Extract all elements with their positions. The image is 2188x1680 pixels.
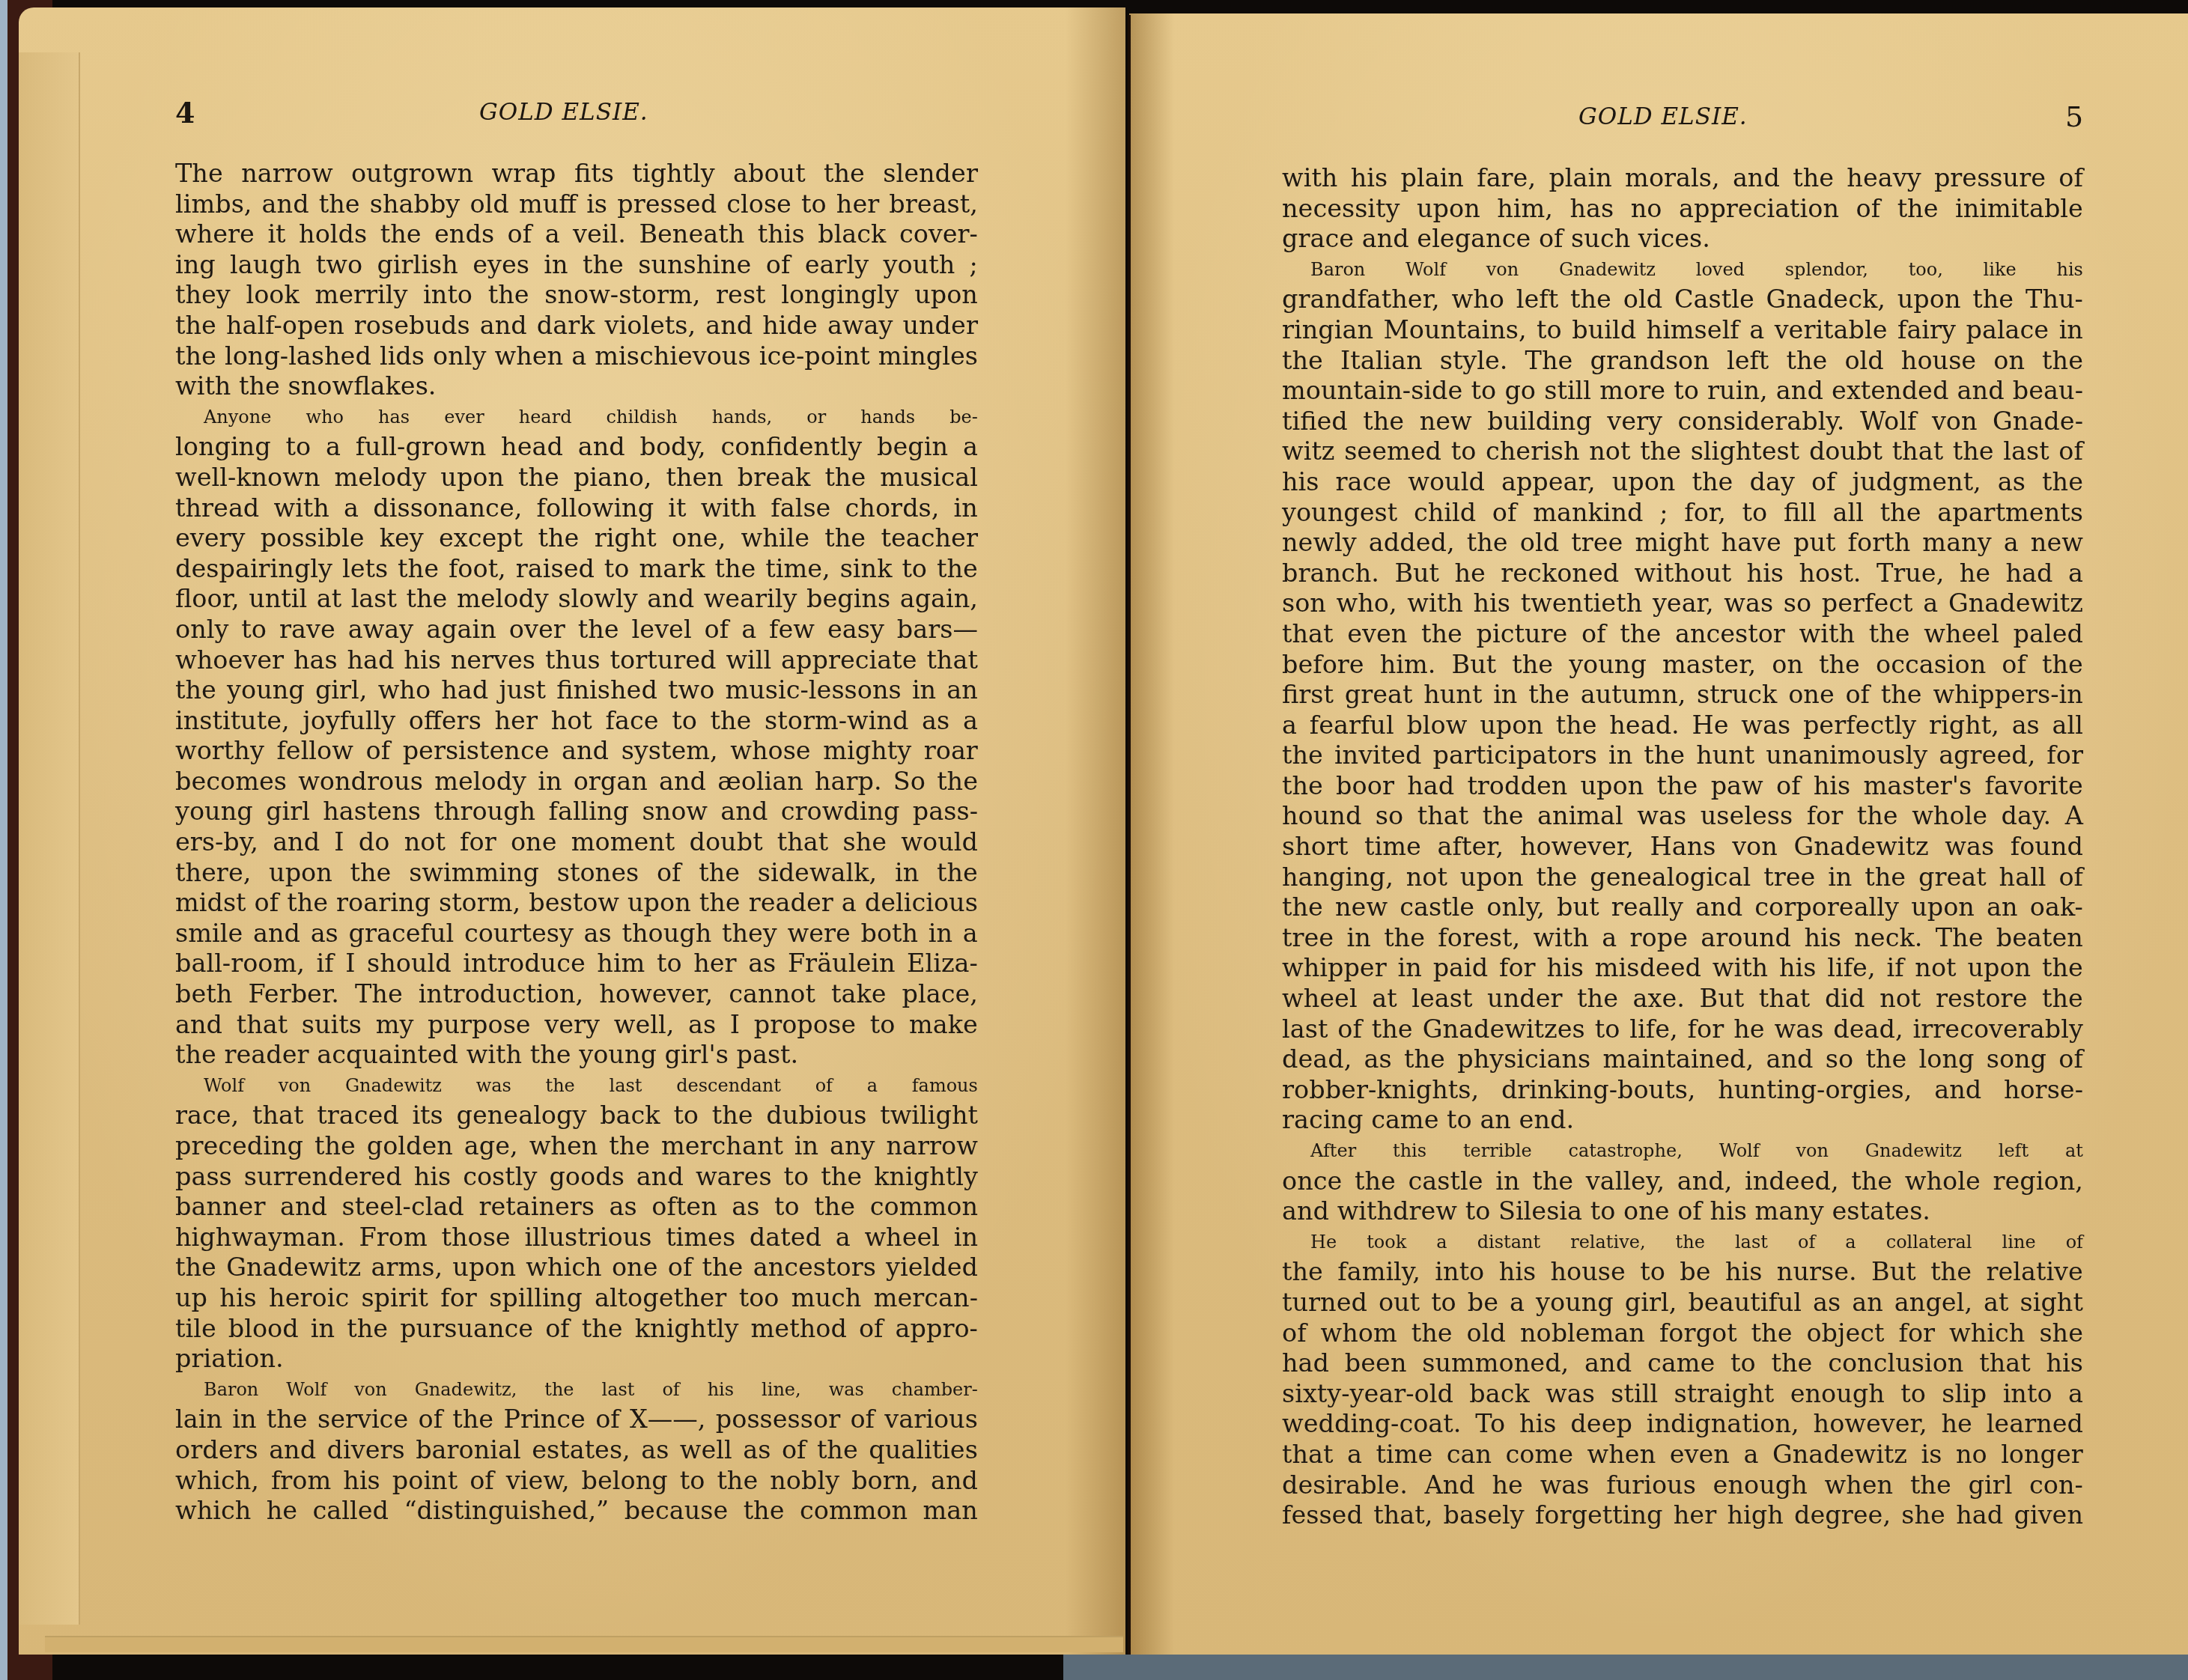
text-line: lainintheserviceofthePrinceofX——,possess… bbox=[175, 1404, 978, 1435]
text-line: thenewcastleonly,butreallyandcorporeally… bbox=[1282, 892, 2083, 923]
text-line: Anyonewhohaseverheardchildishhands,orhan… bbox=[175, 402, 978, 433]
text-line: theGnadewitzarms,uponwhichoneoftheancest… bbox=[175, 1253, 978, 1283]
text-line: midstoftheroaringstorm,bestowupontheread… bbox=[175, 888, 978, 919]
text-line: theboorhadtroddenuponthepawofhismaster's… bbox=[1282, 771, 2083, 802]
running-head-left: GOLD ELSIE. bbox=[479, 99, 648, 126]
text-line: limbs,andtheshabbyoldmuffispressedcloset… bbox=[175, 189, 978, 220]
text-line: treeintheforest,witharopearoundhisneck.T… bbox=[1282, 923, 2083, 954]
text-line: thateventhepictureoftheancestorwiththewh… bbox=[1282, 619, 2083, 650]
text-line: ers-by,andIdonotforonemomentdoubtthatshe… bbox=[175, 827, 978, 858]
text-line: there,upontheswimmingstonesofthesidewalk… bbox=[175, 858, 978, 889]
text-line: BaronWolfvonGnadewitz,thelastofhisline,w… bbox=[175, 1375, 978, 1405]
text-line: uphisheroicspiritforspillingaltogetherto… bbox=[175, 1283, 978, 1314]
text-line: passsurrenderedhiscostlygoodsandwarestot… bbox=[175, 1162, 978, 1193]
text-line: longingtoafull-grownheadandbody,confiden… bbox=[175, 432, 978, 463]
text-line: turnedouttobeayounggirl,beautifulasanang… bbox=[1282, 1288, 2083, 1318]
text-line: dead,asthephysiciansmaintained,andsothel… bbox=[1282, 1044, 2083, 1075]
text-line: andthatsuitsmypurposeverywell,asIpropose… bbox=[175, 1010, 978, 1041]
text-line: younggirlhastensthroughfallingsnowandcro… bbox=[175, 797, 978, 827]
text-line: necessityuponhim,hasnoappreciationofthei… bbox=[1282, 194, 2083, 225]
text-line: grandfather,wholefttheoldCastleGnadeck,u… bbox=[1282, 284, 2083, 315]
text-line: well-knownmelodyuponthepiano,thenbreakth… bbox=[175, 463, 978, 493]
text-line: hadbeensummoned,andcametotheconclusionth… bbox=[1282, 1348, 2083, 1379]
text-line: threadwithadissonance,followingitwithfal… bbox=[175, 493, 978, 524]
text-line: Hetookadistantrelative,thelastofacollate… bbox=[1282, 1227, 2083, 1258]
text-line: oncethecastleinthevalley,and,indeed,thew… bbox=[1282, 1166, 2083, 1197]
text-line: wheelatleastundertheaxe.Butthatdidnotres… bbox=[1282, 984, 2083, 1014]
text-line: bannerandsteel-cladretainersasoftenastot… bbox=[175, 1192, 978, 1223]
text-line: sixty-year-oldbackwasstillstraightenough… bbox=[1282, 1379, 2083, 1410]
text-line: the reader acquainted with the young gir… bbox=[175, 1040, 978, 1071]
text-line: beforehim.Buttheyoungmaster,ontheoccasio… bbox=[1282, 650, 2083, 681]
text-line: Afterthisterriblecatastrophe,WolfvonGnad… bbox=[1282, 1136, 2083, 1166]
text-line: newlyadded,theoldtreemighthaveputforthma… bbox=[1282, 528, 2083, 559]
text-line: whichhecalled“distinguished,”becausethec… bbox=[175, 1496, 978, 1527]
text-line: ball-room,ifIshouldintroducehimtoherasFr… bbox=[175, 949, 978, 979]
text-line: hanging,notuponthegenealogicaltreeintheg… bbox=[1282, 862, 2083, 893]
page-number-left: 4 bbox=[175, 96, 195, 130]
text-line: and withdrew to Silesia to one of his ma… bbox=[1282, 1196, 2083, 1227]
text-line: which,fromhispointofview,belongtothenobl… bbox=[175, 1466, 978, 1497]
text-line: theyounggirl,whohadjustfinishedtwomusic-… bbox=[175, 675, 978, 706]
text-line: becomeswondrousmelodyinorganandæolianhar… bbox=[175, 767, 978, 797]
text-line: theylookmerrilyintothesnow-storm,restlon… bbox=[175, 280, 978, 311]
text-line: BaronWolfvonGnadewitzlovedsplendor,too,l… bbox=[1282, 255, 2083, 285]
text-line: desirable.Andhewasfuriousenoughwhenthegi… bbox=[1282, 1470, 2083, 1501]
text-line: thatatimecancomewhenevenaGnadewitzisnolo… bbox=[1282, 1440, 2083, 1470]
running-title: GOLD ELSIE. bbox=[479, 99, 648, 126]
text-line: floor,untilatlastthemelodyslowlyandweari… bbox=[175, 584, 978, 615]
gutter-shadow bbox=[1129, 13, 1174, 1655]
gutter-shadow bbox=[1066, 7, 1125, 1655]
text-line: despairinglyletsthefoot,raisedtomarkthet… bbox=[175, 554, 978, 585]
text-line: inglaughtwogirlisheyesinthesunshineofear… bbox=[175, 250, 978, 281]
text-line: precedingthegoldenage,whenthemerchantina… bbox=[175, 1131, 978, 1162]
text-line: highwayman.Fromthoseillustrioustimesdate… bbox=[175, 1223, 978, 1253]
page-number-right: 5 bbox=[2065, 100, 2083, 133]
text-line: ofwhomtheoldnoblemanforgottheobjectforwh… bbox=[1282, 1318, 2083, 1349]
text-line: withhisplainfare,plainmorals,andtheheavy… bbox=[1282, 163, 2083, 194]
text-line: institute,joyfullyoffersherhotfacetothes… bbox=[175, 706, 978, 737]
text-line: worthyfellowofpersistenceandsystem,whose… bbox=[175, 736, 978, 767]
text-line: WolfvonGnadewitzwasthelastdescendantofaf… bbox=[175, 1071, 978, 1101]
text-line: grace and elegance of such vices. bbox=[1282, 224, 2083, 255]
text-line: thelong-lashedlidsonlywhenamischievousic… bbox=[175, 341, 978, 372]
text-line: shorttimeafter,however,HansvonGnadewitzw… bbox=[1282, 832, 2083, 862]
text-line: wedding-coat.Tohisdeepindignation,howeve… bbox=[1282, 1409, 2083, 1440]
text-line: hisracewouldappear,uponthedayofjudgment,… bbox=[1282, 467, 2083, 498]
text-line: sonwho,withhistwentiethyear,wassoperfect… bbox=[1282, 588, 2083, 619]
scan-backdrop-bottom bbox=[1063, 1655, 2188, 1680]
text-line: robber-knights,drinking-bouts,hunting-or… bbox=[1282, 1075, 2083, 1106]
running-head-right: GOLD ELSIE. bbox=[1578, 103, 1748, 130]
text-line: bethFerber.Theintroduction,however,canno… bbox=[175, 979, 978, 1010]
text-line: firstgreathuntintheautumn,struckoneofthe… bbox=[1282, 680, 2083, 710]
text-line: houndsothattheanimalwasuselessforthewhol… bbox=[1282, 801, 2083, 832]
text-line: with the snowflakes. bbox=[175, 371, 978, 402]
page-stack-edge bbox=[45, 1636, 1123, 1652]
left-page-body: Thenarrowoutgrownwrapfitstightlyaboutthe… bbox=[175, 159, 978, 1527]
text-line: priation. bbox=[175, 1344, 978, 1375]
text-line: ringianMountains,tobuildhimselfaveritabl… bbox=[1282, 315, 2083, 346]
text-line: youngestchildofmankind;for,tofillallthea… bbox=[1282, 498, 2083, 529]
text-line: afearfulblowuponthehead.Hewasperfectlyri… bbox=[1282, 710, 2083, 741]
text-line: thehalf-openrosebudsanddarkviolets,andhi… bbox=[175, 311, 978, 341]
text-line: everypossiblekeyexcepttherightone,whilet… bbox=[175, 523, 978, 554]
text-line: ordersanddiversbaronialestates,aswellaso… bbox=[175, 1435, 978, 1466]
text-line: Thenarrowoutgrownwrapfitstightlyaboutthe… bbox=[175, 159, 978, 189]
text-line: whoeverhashadhisnervesthustorturedwillap… bbox=[175, 645, 978, 676]
text-line: mountain-sidetogostillmoretoruin,andexte… bbox=[1282, 376, 2083, 407]
text-line: thefamily,intohishousetobehisnurse.Butth… bbox=[1282, 1257, 2083, 1288]
running-title: GOLD ELSIE. bbox=[1578, 103, 1748, 130]
text-line: racing came to an end. bbox=[1282, 1105, 2083, 1136]
right-page-body: withhisplainfare,plainmorals,andtheheavy… bbox=[1282, 163, 2083, 1531]
text-line: lastoftheGnadewitzestolife,forhewasdead,… bbox=[1282, 1014, 2083, 1045]
text-line: witzseemedtocherishnottheslightestdoubtt… bbox=[1282, 436, 2083, 467]
text-line: onlytoraveawayagainoverthelevelofafeweas… bbox=[175, 615, 978, 645]
text-line: smileandasgracefulcourtesyasthoughtheywe… bbox=[175, 919, 978, 949]
text-line: whereitholdstheendsofaveil.Beneaththisbl… bbox=[175, 219, 978, 250]
text-line: theinvitedparticipatorsinthehuntunanimou… bbox=[1282, 740, 2083, 771]
text-line: theItalianstyle.Thegrandsonlefttheoldhou… bbox=[1282, 346, 2083, 377]
text-line: tilebloodinthepursuanceoftheknightlymeth… bbox=[175, 1314, 978, 1345]
text-line: tifiedthenewbuildingveryconsiderably.Wol… bbox=[1282, 407, 2083, 437]
text-line: race,thattraceditsgenealogybacktothedubi… bbox=[175, 1101, 978, 1131]
text-line: whipperinpaidforhismisdeedwithhislife,if… bbox=[1282, 953, 2083, 984]
text-line: fessedthat,baselyforgettingherhighdegree… bbox=[1282, 1500, 2083, 1531]
book-gutter bbox=[1128, 15, 1131, 1655]
text-line: branch.Buthereckonedwithouthishost.True,… bbox=[1282, 559, 2083, 589]
